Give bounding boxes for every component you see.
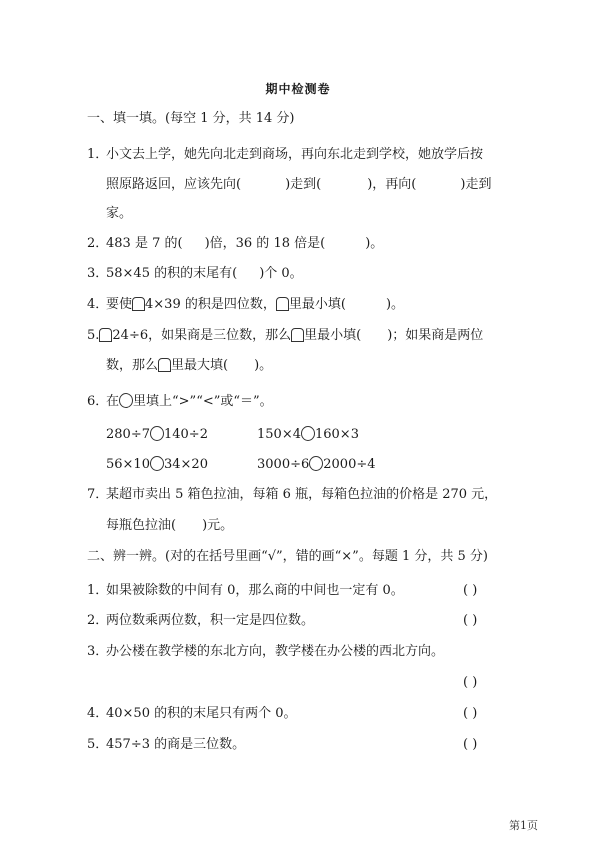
- question-number: 1．: [87, 147, 106, 163]
- page-number: 第1页: [509, 817, 538, 833]
- document-title: 期中检测卷: [0, 81, 596, 97]
- text-segment: )；如果商是两位: [387, 328, 483, 343]
- question-number: 2．: [87, 613, 106, 629]
- judgment-item-4: 4．40×50 的积的末尾只有两个 0。: [87, 706, 297, 722]
- question-3: 3．58×45 的积的末尾有()个 0。: [87, 266, 303, 282]
- question-number: 3．: [87, 266, 106, 282]
- circle-answer-icon[interactable]: [150, 456, 164, 471]
- circle-answer-icon[interactable]: [150, 426, 164, 441]
- question-4: 4．要使4×39 的积是四位数，里最小填()。: [87, 297, 404, 313]
- question-7-line2: 每瓶色拉油()元。: [106, 518, 233, 534]
- expression-right: 34×20: [164, 457, 208, 472]
- question-number: 3．: [87, 644, 106, 660]
- question-number: 4．: [87, 297, 106, 313]
- question-6: 6．在里填上“>”“<”或“＝”。: [87, 393, 273, 410]
- circle-answer-icon[interactable]: [309, 456, 323, 471]
- text-segment: 每瓶色拉油(: [106, 518, 176, 533]
- question-number: 7．: [87, 487, 106, 503]
- text-segment: )元。: [202, 518, 233, 533]
- text-segment: 483 是 7 的(: [106, 236, 183, 251]
- text-segment: )，再向(: [367, 177, 416, 192]
- text-segment: 里最大填(: [171, 358, 228, 373]
- text-segment: )走到: [460, 177, 491, 192]
- question-number: 5.: [87, 328, 99, 343]
- expression-right: 2000÷4: [323, 457, 375, 472]
- question-5-line2: 数，那么里最大填()。: [106, 358, 272, 374]
- expression-left: 150×4: [257, 427, 301, 442]
- text-segment: 数，那么: [106, 358, 158, 373]
- comparison-item: 56×1034×20: [106, 456, 208, 473]
- question-2: 2．483 是 7 的()倍，36 的 18 倍是()。: [87, 236, 383, 252]
- question-1-line2: 照原路返回，应该先向()走到()，再向()走到: [106, 177, 491, 193]
- text-segment: )倍，36 的 18 倍是(: [205, 236, 326, 251]
- text-segment: )。: [254, 358, 272, 373]
- square-box-icon[interactable]: [158, 358, 171, 372]
- square-box-icon: [276, 297, 289, 311]
- text-segment: )。: [365, 236, 383, 251]
- question-7-line1: 7．某超市卖出 5 箱色拉油，每箱 6 瓶，每箱色拉油的价格是 270 元，: [87, 487, 497, 503]
- question-text: 某超市卖出 5 箱色拉油，每箱 6 瓶，每箱色拉油的价格是 270 元，: [106, 487, 497, 502]
- square-box-icon: [291, 328, 304, 342]
- text-segment: 4×39 的积是四位数，: [145, 297, 276, 312]
- answer-paren[interactable]: ( ): [463, 613, 477, 629]
- text-segment: 在: [106, 394, 119, 409]
- answer-paren[interactable]: ( ): [463, 583, 477, 599]
- question-number: 2．: [87, 236, 106, 252]
- question-number: 4．: [87, 706, 106, 722]
- judgment-item-1: 1．如果被除数的中间有 0，那么商的中间也一定有 0。: [87, 583, 404, 599]
- answer-paren[interactable]: ( ): [463, 675, 477, 691]
- expression-right: 160×3: [315, 427, 359, 442]
- section2-heading: 二、辨一辨。(对的在括号里画“√”，错的画“×”。每题 1 分，共 5 分): [87, 549, 488, 565]
- text-segment: )走到(: [285, 177, 321, 192]
- text-segment: )。: [386, 297, 404, 312]
- question-text: 两位数乘两位数，积一定是四位数。: [106, 613, 314, 628]
- square-box-icon[interactable]: [99, 328, 112, 342]
- exam-page: 期中检测卷 一、填一填。(每空 1 分，共 14 分) 1．小文去上学，她先向北…: [0, 0, 596, 842]
- text-segment: 58×45 的积的末尾有(: [106, 266, 237, 281]
- text-segment: 要使: [106, 297, 132, 312]
- text-segment: 24÷6，如果商是三位数，那么: [112, 328, 291, 343]
- text-segment: 里填上“>”“<”或“＝”。: [133, 394, 273, 409]
- question-number: 6．: [87, 394, 106, 410]
- question-text: 办公楼在教学楼的东北方向，教学楼在办公楼的西北方向。: [106, 644, 444, 659]
- square-box-icon[interactable]: [132, 297, 145, 311]
- question-text: 如果被除数的中间有 0，那么商的中间也一定有 0。: [106, 583, 404, 598]
- text-segment: 里最小填(: [289, 297, 346, 312]
- text-segment: 照原路返回，应该先向(: [106, 177, 241, 192]
- answer-paren[interactable]: ( ): [463, 737, 477, 753]
- question-5-line1: 5.24÷6，如果商是三位数，那么里最小填()；如果商是两位: [87, 328, 483, 344]
- question-number: 5．: [87, 737, 106, 753]
- expression-right: 140÷2: [164, 427, 208, 442]
- question-1-line1: 1．小文去上学，她先向北走到商场，再向东北走到学校，她放学后按: [87, 147, 483, 163]
- expression-left: 56×10: [106, 457, 150, 472]
- question-text: 小文去上学，她先向北走到商场，再向东北走到学校，她放学后按: [106, 147, 483, 162]
- circle-answer-icon[interactable]: [301, 426, 315, 441]
- text-segment: 里最小填(: [304, 328, 361, 343]
- expression-left: 3000÷6: [257, 457, 309, 472]
- question-1-line3: 家。: [106, 206, 132, 222]
- circle-icon: [119, 393, 133, 408]
- question-text: 40×50 的积的末尾只有两个 0。: [106, 706, 297, 721]
- expression-left: 280÷7: [106, 427, 150, 442]
- judgment-item-5: 5．457÷3 的商是三位数。: [87, 737, 245, 753]
- comparison-item: 150×4160×3: [257, 426, 359, 443]
- text-segment: )个 0。: [259, 266, 302, 281]
- comparison-item: 3000÷62000÷4: [257, 456, 376, 473]
- question-number: 1．: [87, 583, 106, 599]
- section1-heading: 一、填一填。(每空 1 分，共 14 分): [87, 111, 295, 127]
- answer-paren[interactable]: ( ): [463, 706, 477, 722]
- judgment-item-2: 2．两位数乘两位数，积一定是四位数。: [87, 613, 314, 629]
- question-text: 457÷3 的商是三位数。: [106, 737, 245, 752]
- judgment-item-3: 3．办公楼在教学楼的东北方向，教学楼在办公楼的西北方向。: [87, 644, 444, 660]
- comparison-item: 280÷7140÷2: [106, 426, 208, 443]
